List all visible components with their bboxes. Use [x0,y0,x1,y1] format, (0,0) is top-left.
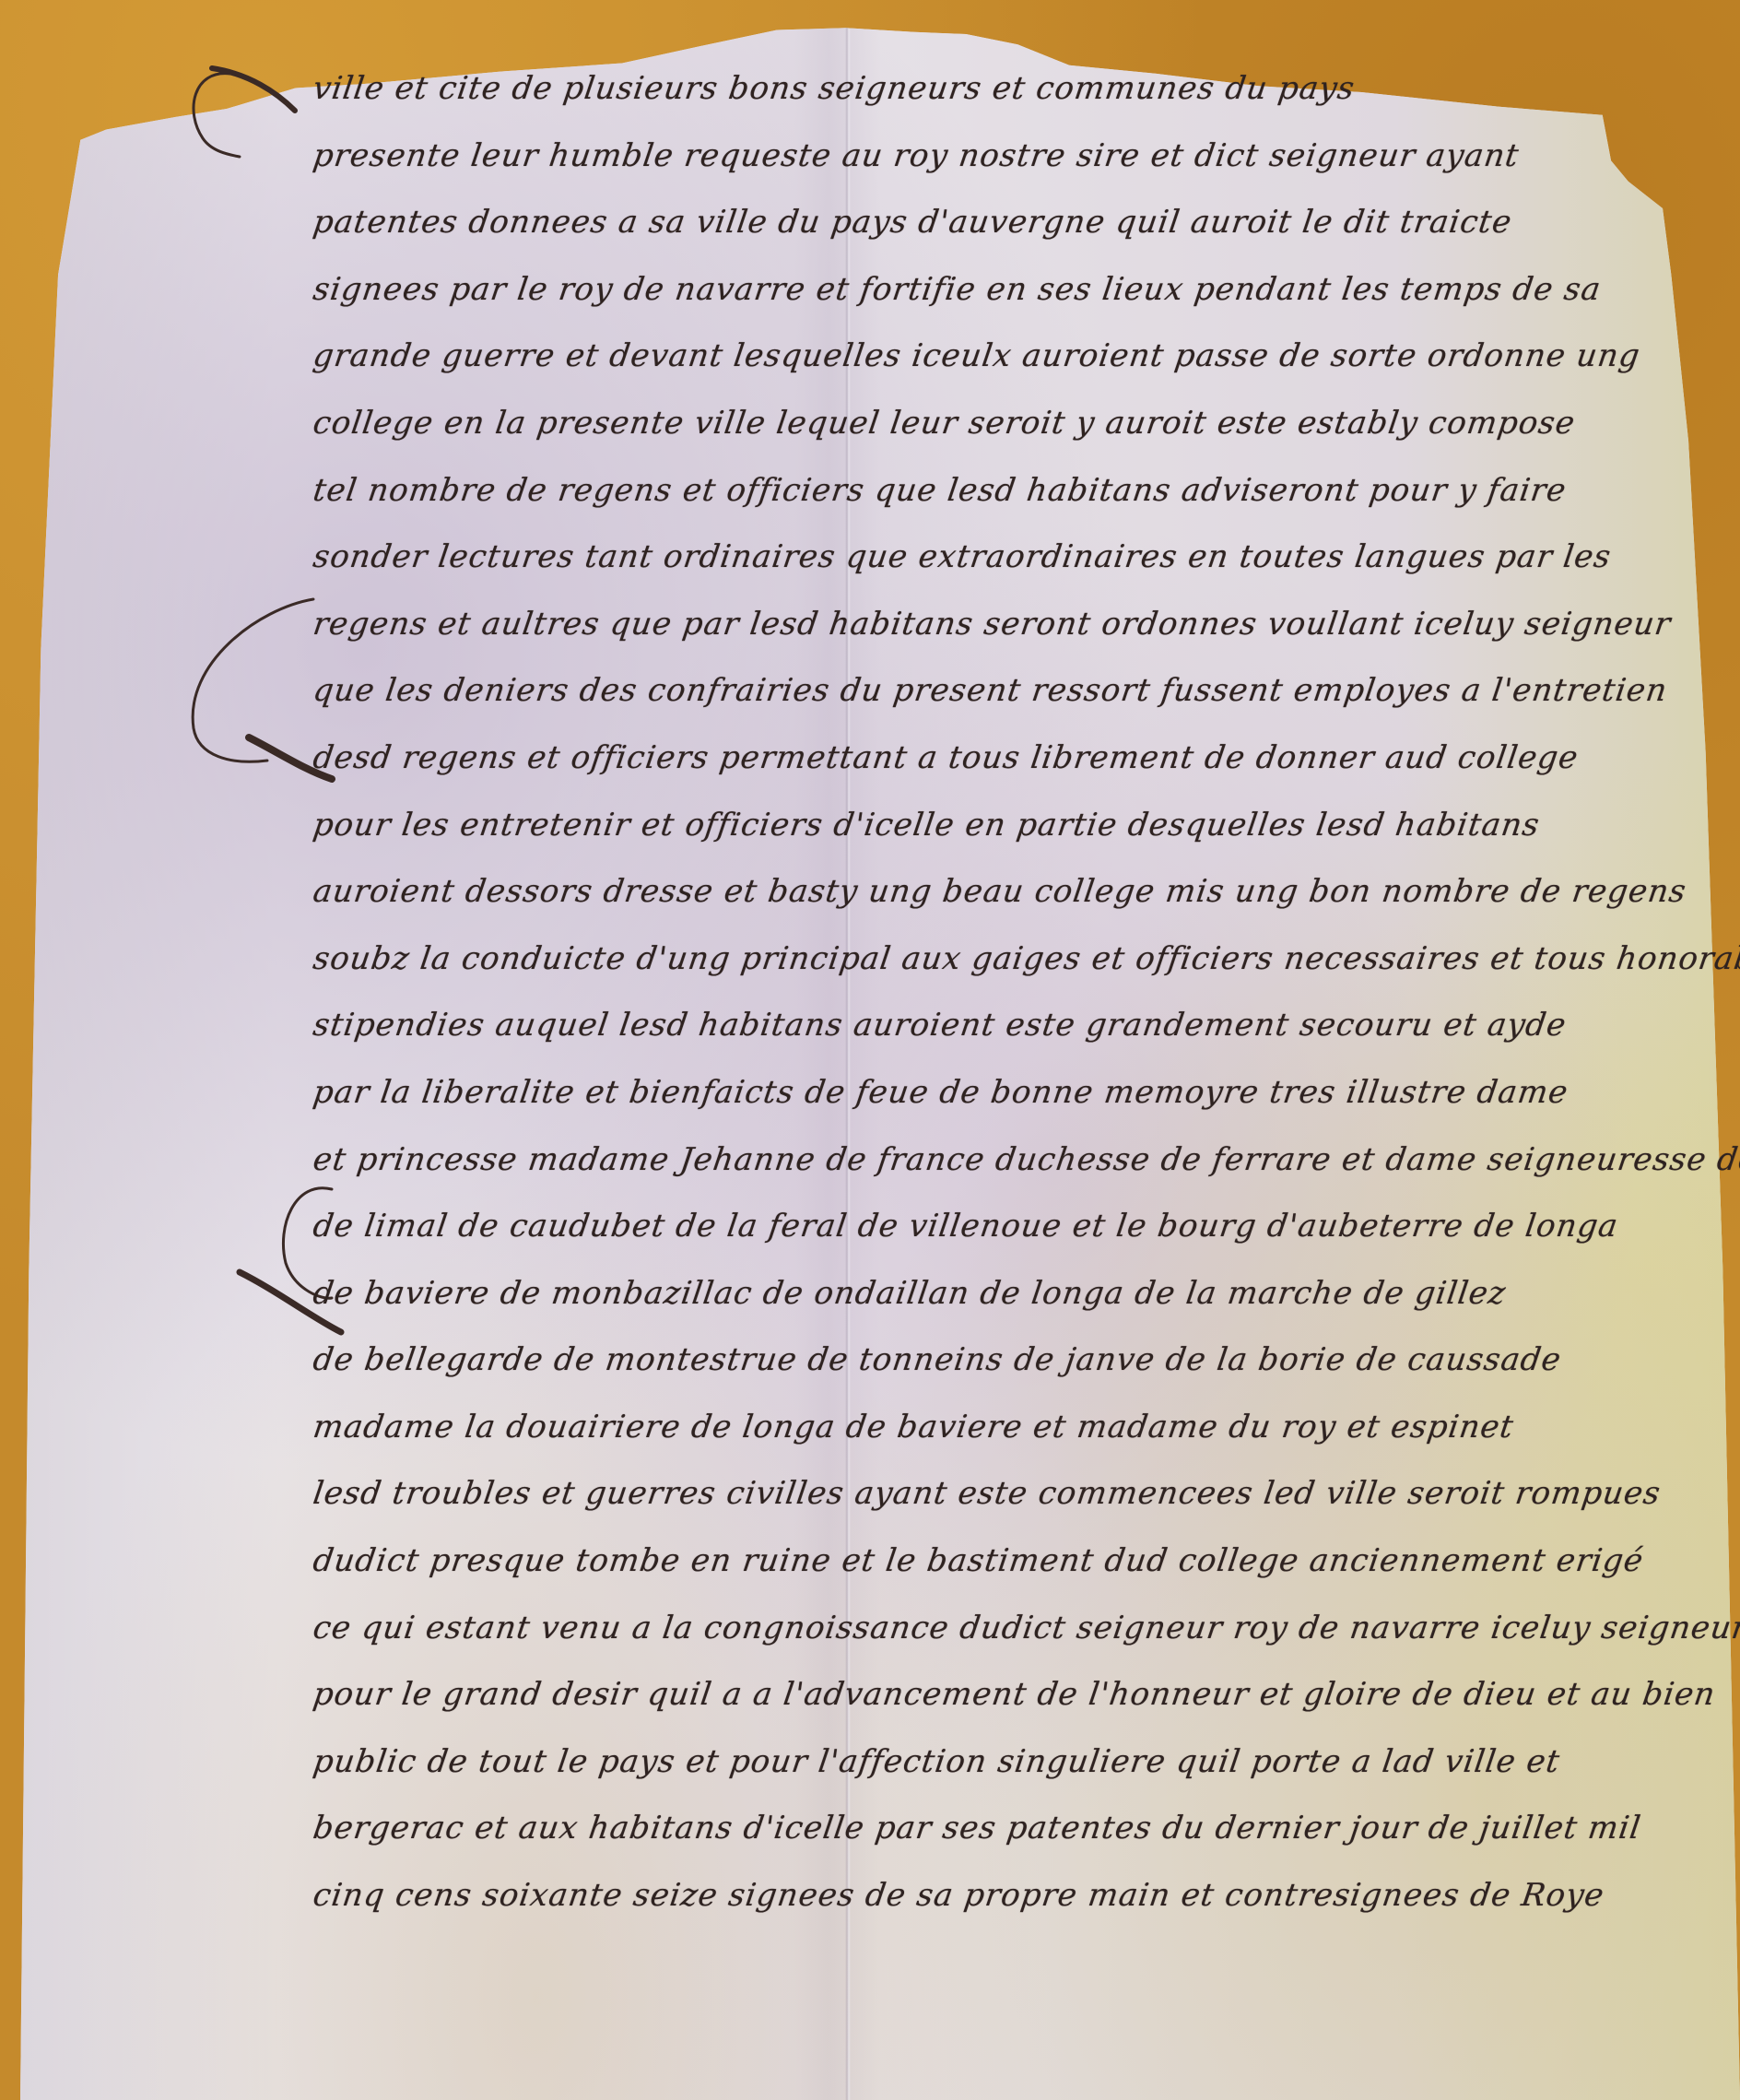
manuscript-line: tel nombre de regens et officiers que le… [309,457,1664,525]
manuscript-line: regens et aultres que par lesd habitans … [309,591,1664,658]
manuscript-text: ville et cite de plusieurs bons seigneur… [313,55,1659,1929]
manuscript-line: bergerac et aux habitans d'icelle par se… [309,1795,1664,1862]
manuscript-line: grande guerre et devant lesquelles iceul… [309,323,1664,390]
manuscript-line: patentes donnees a sa ville du pays d'au… [309,189,1664,256]
manuscript-line: pour le grand desir quil a a l'advanceme… [309,1661,1664,1728]
manuscript-line: dudict presque tombe en ruine et le bast… [309,1528,1664,1595]
manuscript-line: et princesse madame Jehanne de france du… [309,1127,1664,1194]
manuscript-line: lesd troubles et guerres civilles ayant … [309,1460,1664,1528]
manuscript-line: desd regens et officiers permettant a to… [309,725,1664,792]
manuscript-line: de baviere de monbazillac de ondaillan d… [309,1260,1664,1327]
manuscript-line: ce qui estant venu a la congnoissance du… [309,1595,1664,1662]
manuscript-line: que les deniers des confrairies du prese… [309,657,1664,725]
manuscript-line: soubz la conduicte d'ung principal aux g… [309,926,1664,993]
manuscript-line: stipendies auquel lesd habitans auroient… [309,992,1664,1059]
manuscript-line: pour les entretenir et officiers d'icell… [309,792,1664,859]
manuscript-line: madame la douairiere de longa de baviere… [309,1394,1664,1461]
manuscript-line: cinq cens soixante seize signees de sa p… [309,1862,1664,1929]
manuscript-line: public de tout le pays et pour l'affecti… [309,1728,1664,1796]
manuscript-line: de limal de caudubet de la feral de vill… [309,1193,1664,1260]
manuscript-line: presente leur humble requeste au roy nos… [309,123,1664,190]
manuscript-line: de bellegarde de montestrue de tonneins … [309,1327,1664,1394]
manuscript-line: par la liberalite et bienfaicts de feue … [309,1059,1664,1127]
manuscript-line: sonder lectures tant ordinaires que extr… [309,524,1664,591]
manuscript-line: college en la presente ville lequel leur… [309,390,1664,457]
manuscript-line: ville et cite de plusieurs bons seigneur… [309,55,1664,123]
manuscript-line: signees par le roy de navarre et fortifi… [309,256,1664,324]
manuscript-line: auroient dessors dresse et basty ung bea… [309,858,1664,926]
